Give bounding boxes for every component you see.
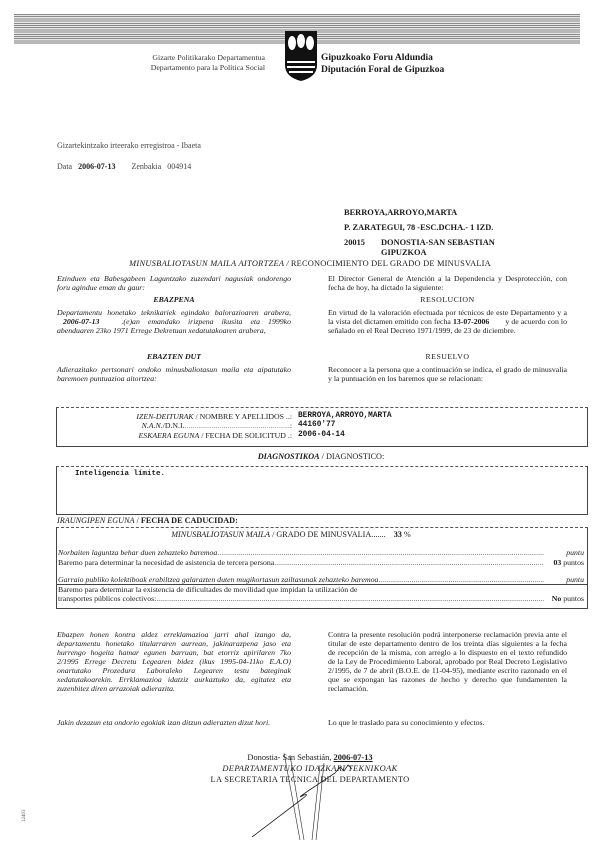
registry-date: 2006-07-13 bbox=[78, 162, 115, 171]
left-paragraph-1: Departamentu honetako teknikariek eginda… bbox=[57, 309, 291, 335]
coat-of-arms-icon bbox=[284, 31, 318, 81]
recipient-postal-code: 20015 bbox=[344, 238, 381, 258]
expiry-label: IRAUNGIPEN EGUNA / FECHA DE CADUCIDAD: bbox=[57, 516, 238, 525]
footer-right-closing: Lo que le traslado para su conocimiento … bbox=[328, 718, 567, 727]
recipient-name: BERROYA,ARROYO,MARTA bbox=[344, 205, 495, 220]
left-intro: Ezinduen eta Babesgabeen Laguntzako zuze… bbox=[57, 275, 291, 293]
number-label: Zenbakia bbox=[131, 162, 161, 171]
footer-right-paragraph: Contra la presente resolución podrá inte… bbox=[328, 630, 567, 693]
document-title: MINUSBALIOTASUN MAILA AITORTZEA / RECONO… bbox=[30, 259, 590, 268]
right-heading-resuelvo: RESUELVO bbox=[328, 353, 567, 362]
assistance-points: 03 bbox=[553, 558, 561, 567]
registry-number: 004914 bbox=[167, 162, 191, 171]
handwritten-signature-icon bbox=[240, 745, 360, 842]
right-intro: El Director General de Atención a la Dep… bbox=[328, 275, 567, 293]
right-heading-resolucion: RESOLUCION bbox=[328, 296, 567, 305]
grade-value: 33 bbox=[394, 530, 402, 539]
person-row-name: IZEN-DEITURAK / NOMBRE Y APELLIDOS ..: B… bbox=[56, 412, 586, 421]
grade-unit: % bbox=[404, 530, 411, 539]
org-eu: Gipuzkoako Foru Aldundia bbox=[321, 52, 444, 64]
diagnosis-text: Inteligencia límite. bbox=[75, 470, 165, 478]
person-dni: 44160'77 bbox=[298, 421, 335, 430]
right-paragraph-1: En virtud de la valoración efectuada por… bbox=[328, 309, 567, 335]
recipient-city: DONOSTIA-SAN SEBASTIAN bbox=[381, 238, 495, 248]
left-heading-ebazten: EBAZTEN DUT bbox=[57, 353, 291, 362]
date-label: Data bbox=[57, 162, 72, 171]
left-date: 2006-07-13 bbox=[63, 317, 99, 326]
grade-line: MINUSBALIOTASUN MAILA / GRADO DE MINUSVA… bbox=[56, 530, 586, 539]
right-paragraph-2: Reconocer a la persona que a continuació… bbox=[328, 366, 567, 384]
left-heading-ebazpena: EBAZPENA bbox=[57, 296, 291, 305]
person-rows: IZEN-DEITURAK / NOMBRE Y APELLIDOS ..: B… bbox=[56, 412, 586, 440]
margin-code: 12403 bbox=[22, 810, 27, 823]
recipient-province: GIPUZKOA bbox=[381, 248, 495, 258]
baremo-mobility: Garraio publiko kolektiboak erabiltzea g… bbox=[58, 575, 584, 604]
diagnosis-title: DIAGNOSTIKOA / DIAGNOSTICO: bbox=[56, 452, 586, 461]
title-es: RECONOCIMIENTO DEL GRADO DE MINUSVALIA bbox=[291, 259, 491, 268]
title-eu: MINUSBALIOTASUN MAILA AITORTZEA bbox=[129, 259, 284, 268]
person-name: BERROYA,ARROYO,MARTA bbox=[298, 412, 392, 421]
registry-label: Gizartekintzako irteerako erregistroa - … bbox=[57, 141, 201, 150]
department-es: Departamento para la Política Social bbox=[100, 63, 265, 73]
registry-line: Data 2006-07-13 Zenbakia 004914 bbox=[57, 162, 191, 171]
footer-left-closing: Jakin dezazun eta ondorio egokiak izan d… bbox=[57, 718, 291, 727]
person-request-date: 2006-04-14 bbox=[298, 431, 345, 440]
department-eu: Gizarte Politikarako Departamentua bbox=[100, 53, 265, 63]
baremo-assistance: Norbaiten laguntza behar duen zehazteko … bbox=[58, 548, 584, 567]
department-heading: Gizarte Politikarako Departamentua Depar… bbox=[100, 53, 265, 73]
recipient-address: BERROYA,ARROYO,MARTA P. ZARATEGUI, 78 -E… bbox=[344, 205, 495, 258]
recipient-street: P. ZARATEGUI, 78 -ESC.DCHA.- 1 IZD. bbox=[344, 220, 495, 235]
footer-left-paragraph: Ebazpen honen kontra aldez erreklamazioa… bbox=[57, 630, 291, 693]
person-row-request-date: ESKAERA EGUNA / FECHA DE SOLICITUD .: 20… bbox=[56, 431, 586, 440]
mobility-points: No bbox=[552, 594, 562, 603]
org-es: Diputación Foral de Gipuzkoa bbox=[321, 64, 444, 76]
right-date: 13-07-2006 bbox=[453, 317, 489, 326]
person-row-dni: N.A.N./D.N.I............................… bbox=[56, 421, 586, 430]
left-paragraph-2: Adierazitako pertsonari ondoko minusbali… bbox=[57, 366, 291, 384]
organization-heading: Gipuzkoako Foru Aldundia Diputación Fora… bbox=[321, 52, 444, 76]
